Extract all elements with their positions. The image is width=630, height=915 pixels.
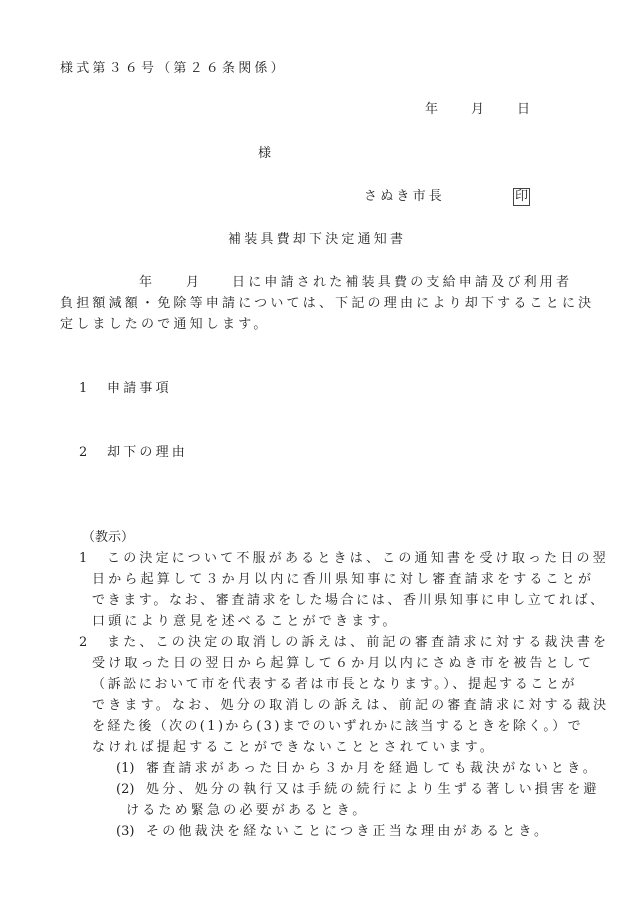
subitem-line: 処分、処分の執行又は手続の続行により生ずる著しい損害を避 [146, 782, 600, 798]
item-line: 口頭により意見を述べることができます。 [92, 614, 399, 630]
subitem-line: けるため緊急の必要があるとき。 [126, 803, 368, 819]
subitem-number: (2) [116, 782, 134, 798]
issuer-seal: 印 [513, 188, 530, 206]
date-year-label: 年 [425, 102, 438, 118]
subitem-line: 審査請求があった日から３か月を経過しても裁決がないとき。 [146, 761, 599, 777]
date-day-label: 日 [517, 102, 530, 118]
issuer-name: さぬき市長 [364, 189, 445, 205]
item-line: できます。なお、処分の取消しの訴えは、前記の審査請求に対する裁決 [92, 698, 609, 714]
form-number: 様式第３６号（第２６条関係） [60, 61, 287, 77]
item-line: （訴訟において市を代表する者は市長となります。）、提起することが [92, 677, 577, 693]
subitem-line: その他裁決を経ないことにつき正当な理由があるとき。 [146, 824, 550, 840]
subitem-number: (3) [116, 824, 134, 840]
item-line: なければ提起することができないこととされています。 [92, 740, 496, 756]
document-title: 補装具費却下決定通知書 [228, 232, 406, 248]
item-line: 日から起算して３か月以内に香川県知事に対し審査請求をすることが [92, 572, 594, 588]
intro-year: 年 [139, 275, 152, 291]
addressee-suffix: 様 [258, 146, 271, 162]
subitem-number: (1) [116, 761, 134, 777]
item-line: また、この決定の取消しの訴えは、前記の審査請求に対する裁決書を [107, 635, 609, 651]
date-month-label: 月 [471, 102, 484, 118]
item-number: 2 [79, 635, 87, 651]
section-number: 2 [79, 445, 87, 461]
item-line: 受け取った日の翌日から起算して６か月以内にさぬき市を被告として [92, 656, 594, 672]
section-label: 却下の理由 [107, 445, 188, 461]
intro-line-3: 定しましたので通知します。 [60, 317, 270, 333]
item-line: を経た後（次の(1)から(3)までのいずれかに該当するときを除く。）で [92, 719, 583, 735]
intro-month: 月 [186, 275, 199, 291]
item-number: 1 [79, 551, 87, 567]
intro-line-1: 日に申請された補装具費の支給申請及び利用者 [232, 275, 572, 291]
item-line: この決定について不服があるときは、この通知書を受け取った日の翌 [107, 551, 609, 567]
item-line: できます。なお、審査請求をした場合には、香川県知事に申し立てれば、 [92, 593, 606, 609]
instruction-heading: （教示） [82, 530, 134, 546]
intro-line-2: 負担額減額・免除等申請については、下記の理由により却下することに決 [60, 296, 594, 312]
section-label: 申請事項 [107, 381, 172, 397]
seal-mark: 印 [513, 188, 530, 206]
section-number: 1 [79, 381, 87, 397]
